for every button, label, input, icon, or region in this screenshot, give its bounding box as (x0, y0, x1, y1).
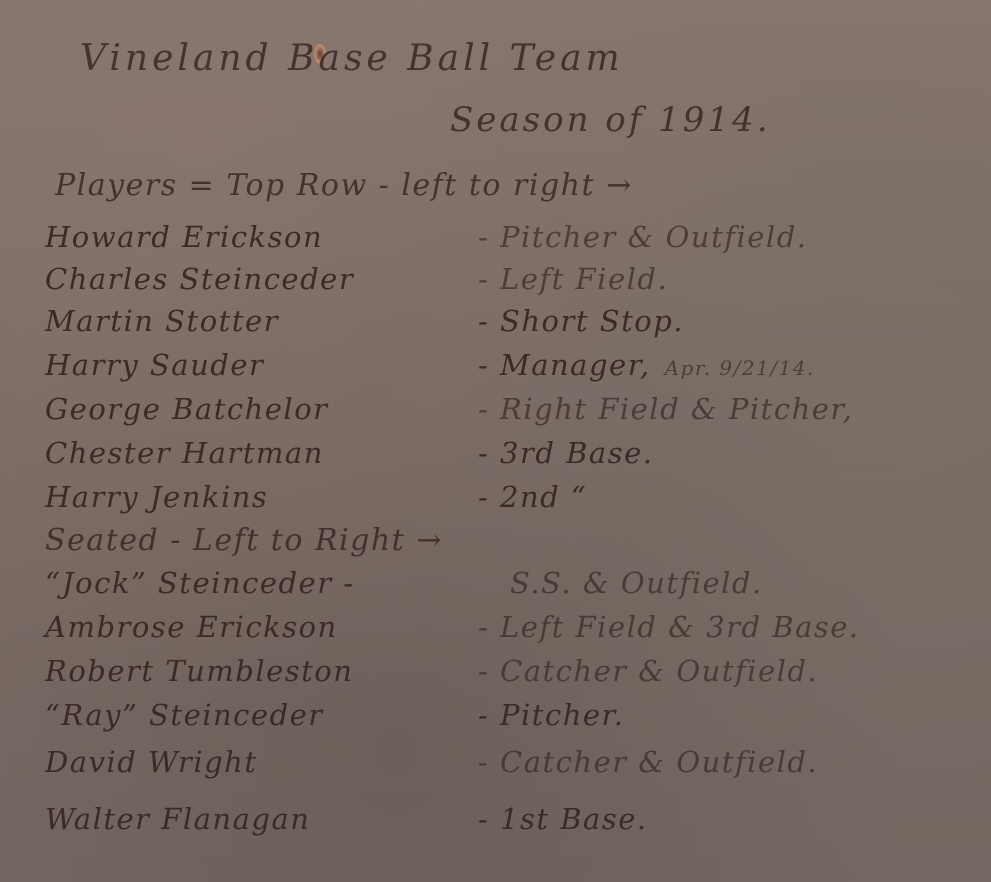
player-name: Harry Sauder (45, 348, 264, 382)
roster-row: Harry Sauder - Manager,Apr. 9/21/14. (0, 348, 991, 388)
roster-row: Walter Flanagan - 1st Base. (0, 802, 991, 842)
player-position: - Right Field & Pitcher, (478, 392, 853, 426)
player-position: - Short Stop. (478, 304, 684, 338)
player-name: Howard Erickson (45, 220, 323, 254)
roster-row: “Jock” Steinceder - S.S. & Outfield. (0, 566, 991, 606)
roster-row: Ambrose Erickson - Left Field & 3rd Base… (0, 610, 991, 650)
player-name: “Jock” Steinceder - (45, 566, 355, 600)
player-position: - 1st Base. (478, 802, 648, 836)
seated-row-heading: Seated - Left to Right → (45, 523, 443, 558)
player-position: - Pitcher & Outfield. (478, 220, 808, 254)
player-position: - 3rd Base. (478, 436, 653, 470)
handwritten-team-roster: Vineland Base Ball Team Season of 1914. … (0, 0, 991, 882)
player-position: - Left Field & 3rd Base. (478, 610, 860, 644)
player-position: - Catcher & Outfield. (478, 745, 818, 779)
player-name: Charles Steinceder (45, 262, 354, 296)
player-name: David Wright (45, 745, 258, 779)
roster-row: Martin Stotter - Short Stop. (0, 304, 991, 344)
player-position: - Left Field. (478, 262, 668, 296)
roster-row: George Batchelor - Right Field & Pitcher… (0, 392, 991, 432)
document-title: Vineland Base Ball Team (80, 38, 624, 79)
roster-row: Harry Jenkins - 2nd “ (0, 480, 991, 520)
roster-row: David Wright - Catcher & Outfield. (0, 745, 991, 785)
roster-row: Charles Steinceder - Left Field. (0, 262, 991, 302)
roster-row: “Ray” Steinceder - Pitcher. (0, 698, 991, 738)
player-position: - Manager, (478, 348, 651, 382)
player-name: Chester Hartman (45, 436, 324, 470)
roster-row: Howard Erickson - Pitcher & Outfield. (0, 220, 991, 260)
player-position-wrap: - Manager,Apr. 9/21/14. (478, 348, 815, 382)
player-position: - 2nd “ (478, 480, 587, 514)
player-name: George Batchelor (45, 392, 329, 426)
player-position: - Catcher & Outfield. (478, 654, 818, 688)
date-note: Apr. 9/21/14. (665, 356, 815, 380)
player-position: S.S. & Outfield. (510, 566, 763, 600)
player-name: Harry Jenkins (45, 480, 268, 514)
roster-row: Robert Tumbleston - Catcher & Outfield. (0, 654, 991, 694)
player-name: “Ray” Steinceder (45, 698, 324, 732)
season-subtitle: Season of 1914. (450, 100, 771, 140)
player-name: Martin Stotter (45, 304, 279, 338)
player-name: Walter Flanagan (45, 802, 310, 836)
player-position: - Pitcher. (478, 698, 624, 732)
top-row-heading: Players = Top Row - left to right → (55, 168, 633, 203)
player-name: Robert Tumbleston (45, 654, 353, 688)
roster-row: Chester Hartman - 3rd Base. (0, 436, 991, 476)
player-name: Ambrose Erickson (45, 610, 338, 644)
